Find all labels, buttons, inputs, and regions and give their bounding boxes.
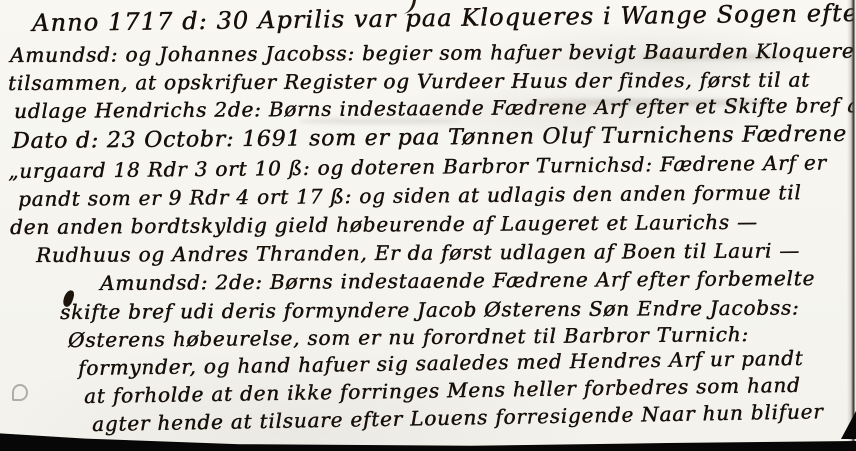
manuscript-line: Amundsd: og Johannes Jacobss: begier som… bbox=[10, 37, 856, 70]
manuscript-text-block: Anno 1717 d: 30 Aprilis var paa Kloquere… bbox=[8, 5, 856, 439]
manuscript-line: Anno 1717 d: 30 Aprilis var paa Kloquere… bbox=[32, 0, 856, 41]
page-edge-right bbox=[847, 0, 856, 451]
manuscript-page: Anno 1717 d: 30 Aprilis var paa Kloquere… bbox=[0, 0, 856, 451]
manuscript-line: Amundsd: 2de: Børns indestaaende Fædrene… bbox=[100, 264, 856, 297]
margin-mark bbox=[12, 384, 28, 401]
